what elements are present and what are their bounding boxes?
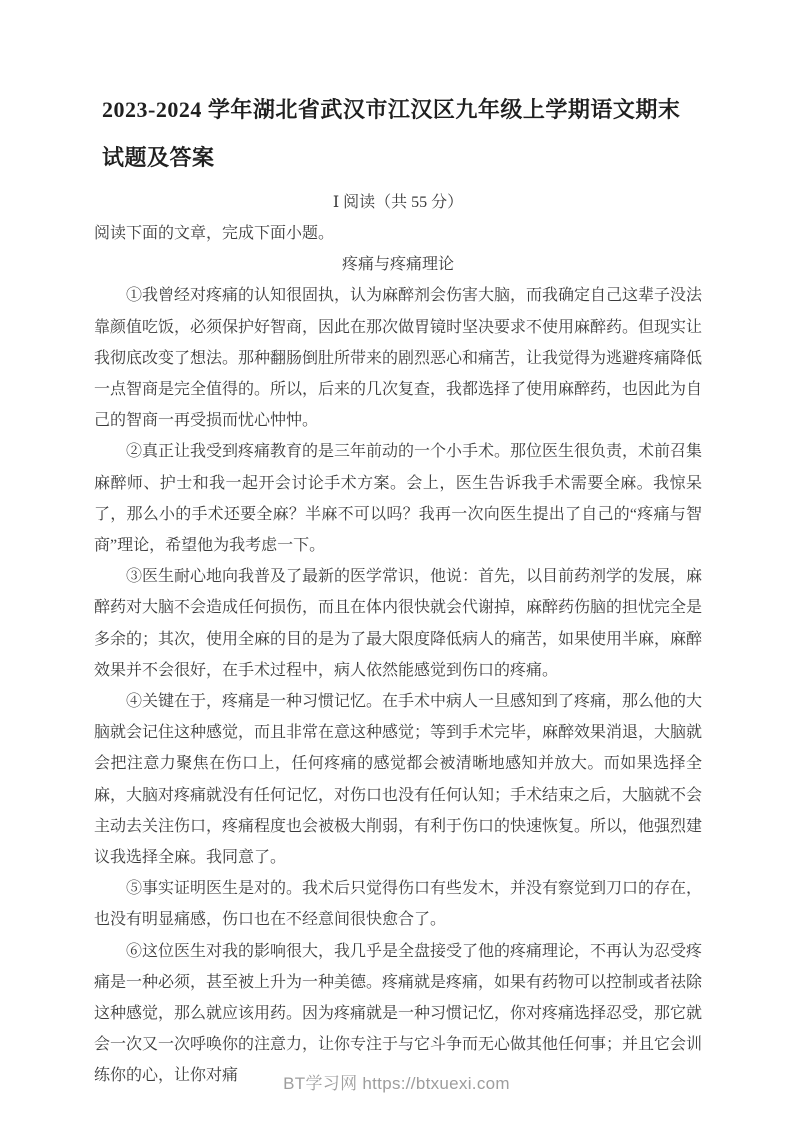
site-watermark-text: BT学习网 https://btxuexi.com <box>283 1074 510 1093</box>
site-watermark: BT学习网 https://btxuexi.com <box>0 1069 793 1094</box>
article-paragraph-3: ③医生耐心地向我普及了最新的医学常识，他说：首先，以目前药剂学的发展，麻醉药对大… <box>94 561 702 686</box>
article-paragraph-4: ④关键在于，疼痛是一种习惯记忆。在手术中病人一旦感知到了疼痛，那么他的大脑就会记… <box>94 686 702 873</box>
article-paragraph-1: ①我曾经对疼痛的认知很固执，认为麻醉剂会伤害大脑，而我确定自己这辈子没法靠颜值吃… <box>94 280 702 436</box>
reading-instruction: 阅读下面的文章，完成下面小题。 <box>94 218 702 249</box>
document-page: 2023-2024 学年湖北省武汉市江汉区九年级上学期语文期末试题及答案 Ⅰ 阅… <box>0 0 793 1122</box>
article-body: 阅读下面的文章，完成下面小题。 疼痛与疼痛理论 ①我曾经对疼痛的认知很固执，认为… <box>94 218 702 1092</box>
article-paragraph-5: ⑤事实证明医生是对的。我术后只觉得伤口有些发木，并没有察觉到刀口的存在，也没有明… <box>94 873 702 935</box>
article-title: 疼痛与疼痛理论 <box>94 249 702 280</box>
document-title: 2023-2024 学年湖北省武汉市江汉区九年级上学期语文期末试题及答案 <box>102 86 702 182</box>
article-paragraph-2: ②真正让我受到疼痛教育的是三年前动的一个小手术。那位医生很负责，术前召集麻醉师、… <box>94 436 702 561</box>
section-heading: Ⅰ 阅读（共 55 分） <box>94 187 702 218</box>
